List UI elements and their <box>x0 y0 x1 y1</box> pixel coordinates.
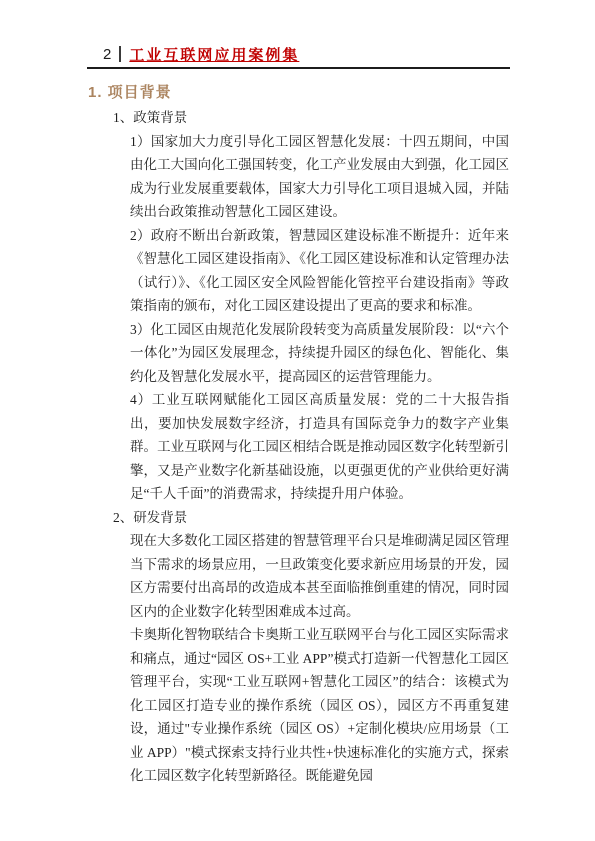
section-heading: 1. 项目背景 <box>88 81 172 102</box>
subsection-heading-rnd: 2、研发背景 <box>113 506 509 530</box>
paragraph-policy-3: 3）化工园区由规范化发展阶段转变为高质量发展阶段：以“六个一体化”为园区发展理念… <box>130 318 509 389</box>
document-page: 2 工业互联网应用案例集 1. 项目背景 1、政策背景 1）国家加大力度引导化工… <box>0 0 595 841</box>
document-body: 1、政策背景 1）国家加大力度引导化工园区智慧化发展：十四五期间，中国由化工大国… <box>88 106 509 788</box>
paragraph-rnd-2: 卡奥斯化智物联结合卡奥斯工业互联网平台与化工园区实际需求和痛点，通过“园区 OS… <box>130 623 509 788</box>
subsection-heading-policy: 1、政策背景 <box>113 106 509 130</box>
header-title: 工业互联网应用案例集 <box>129 44 299 65</box>
paragraph-policy-1: 1）国家加大力度引导化工园区智慧化发展：十四五期间，中国由化工大国向化工强国转变… <box>130 130 509 224</box>
paragraph-policy-4: 4）工业互联网赋能化工园区高质量发展：党的二十大报告指出，要加快发展数字经济，打… <box>130 388 509 506</box>
header-divider <box>119 46 121 62</box>
page-number: 2 <box>103 46 111 63</box>
paragraph-rnd-1: 现在大多数化工园区搭建的智慧管理平台只是堆砌满足园区管理当下需求的场景应用，一旦… <box>130 529 509 623</box>
page-header: 2 工业互联网应用案例集 <box>103 45 299 63</box>
header-rule <box>87 67 510 69</box>
paragraph-policy-2: 2）政府不断出台新政策，智慧园区建设标准不断提升：近年来《智慧化工园区建设指南》… <box>130 224 509 318</box>
